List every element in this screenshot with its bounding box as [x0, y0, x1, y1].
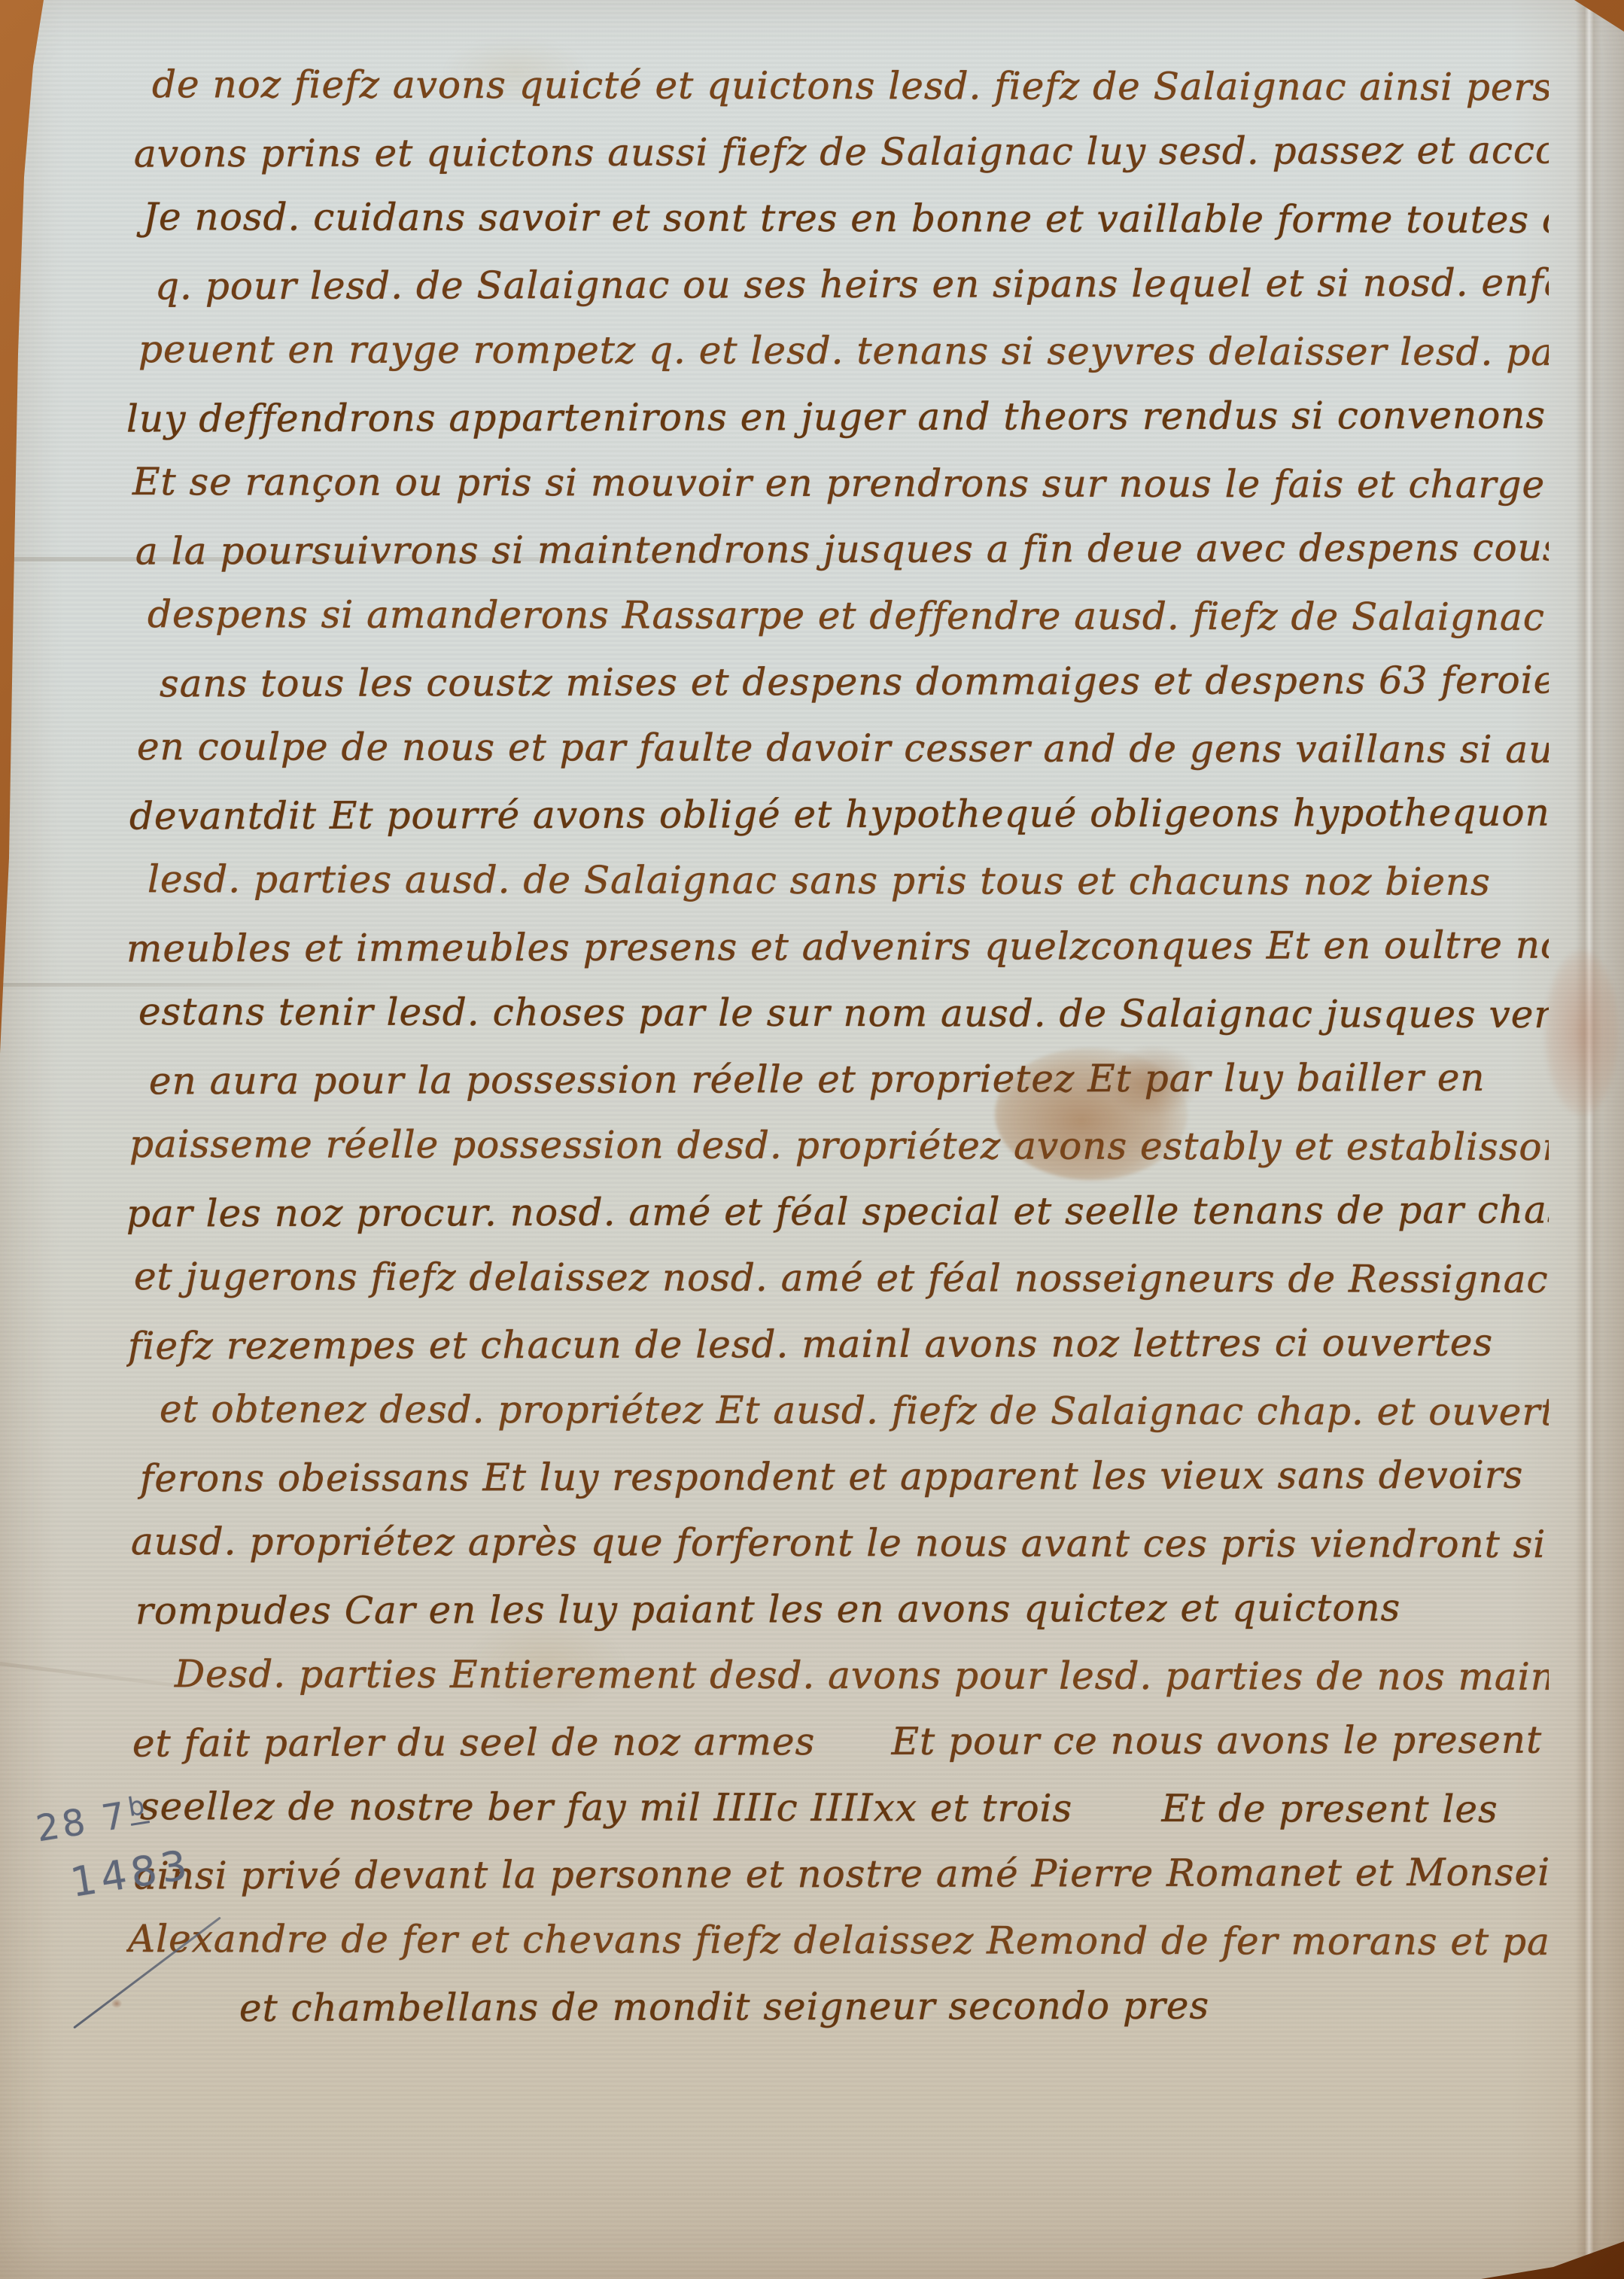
manuscript-line: despens si amanderons Rassarpe et deffen…: [126, 581, 1549, 650]
manuscript-line: rompudes Car en les luy paiant les en av…: [126, 1575, 1549, 1645]
pencil-day-month: 28 7b: [33, 1785, 185, 1850]
manuscript-line: de noz fiefz avons quicté et quictons le…: [126, 51, 1549, 120]
pencil-month-abbrev: b: [126, 1790, 150, 1825]
manuscript-line: en aura pour la possession réelle et pro…: [126, 1045, 1549, 1115]
manuscript-line: estans tenir lesd. choses par le sur nom…: [126, 978, 1549, 1048]
manuscript-line: seellez de nostre ber fay mil IIIIc IIII…: [126, 1773, 1549, 1842]
small-ink-spot: [111, 1999, 122, 2008]
manuscript-line: Alexandre de fer et chevans fiefz delais…: [126, 1906, 1549, 1975]
manuscript-line: et chambellans de mondit seigneur second…: [126, 1972, 1549, 2042]
manuscript-line: meubles et immeubles presens et advenirs…: [126, 912, 1549, 982]
manuscript-line: et obtenez desd. propriétez Et ausd. fie…: [126, 1376, 1549, 1445]
photo-of-manuscript: de noz fiefz avons quicté et quictons le…: [0, 0, 1624, 2279]
manuscript-line: Et se rançon ou pris si mouvoir en prend…: [126, 449, 1549, 518]
manuscript-line: Je nosd. cuidans savoir et sont tres en …: [126, 184, 1549, 253]
manuscript-page: de noz fiefz avons quicté et quictons le…: [0, 0, 1624, 2279]
pencil-day: 28 7: [33, 1794, 131, 1851]
manuscript-line: Desd. parties Entierement desd. avons po…: [126, 1641, 1549, 1710]
manuscript-line: ausd. propriétez après que forferont le …: [126, 1508, 1549, 1578]
manuscript-line: sans tous les coustz mises et despens do…: [126, 647, 1549, 717]
manuscript-line: q. pour lesd. de Salaignac ou ses heirs …: [126, 250, 1549, 320]
vertical-fold-crease: [1576, 0, 1601, 2279]
manuscript-line: fiefz rezempes et chacun de lesd. mainl …: [126, 1310, 1549, 1380]
edge-stain: [1544, 950, 1619, 1115]
manuscript-line: a la poursuivrons si maintendrons jusque…: [126, 515, 1549, 585]
manuscript-line: peuent en rayge rompetz q. et lesd. tena…: [126, 316, 1549, 385]
manuscript-line: ainsi privé devant la personne et nostre…: [126, 1839, 1549, 1909]
manuscript-line: avons prins et quictons aussi fiefz de S…: [126, 117, 1549, 187]
manuscript-line: paisseme réelle possession desd. proprié…: [126, 1111, 1549, 1180]
manuscript-line: par les noz procur. nosd. amé et féal sp…: [126, 1177, 1549, 1247]
manuscript-line: ferons obeissans Et luy respondent et ap…: [126, 1442, 1549, 1512]
manuscript-line: devantdit Et pourré avons obligé et hypo…: [126, 780, 1549, 850]
manuscript-line: lesd. parties ausd. de Salaignac sans pr…: [126, 846, 1549, 915]
manuscript-line: et fait parler du seel de noz armes Et p…: [126, 1707, 1549, 1777]
manuscript-line: luy deffendrons appartenirons en juger a…: [126, 382, 1549, 452]
manuscript-line: et jugerons fiefz delaissez nosd. amé et…: [126, 1243, 1549, 1313]
manuscript-line: en coulpe de nous et par faulte davoir c…: [126, 714, 1549, 783]
manuscript-text-block: de noz fiefz avons quicté et quictons le…: [126, 53, 1549, 2040]
